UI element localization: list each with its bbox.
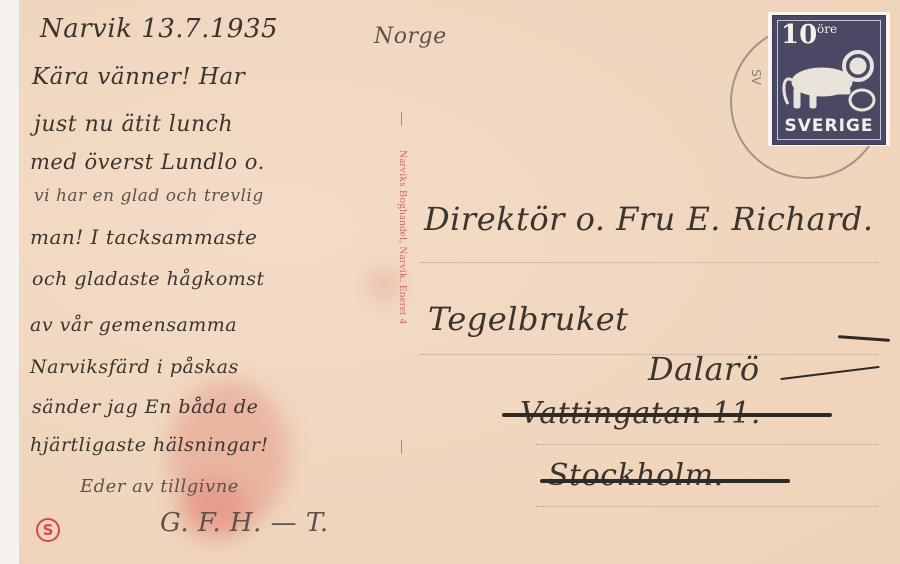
message-line: hjärtligaste hälsningar! [30, 434, 269, 456]
message-line: med överst Lundlo o. [30, 150, 265, 174]
message-line: Narviksfärd i påskas [30, 356, 239, 378]
message-closing: Eder av tillgivne [80, 476, 239, 497]
stamp-country: SVERIGE [773, 116, 885, 136]
message-line: Kära vänner! Har [32, 64, 245, 90]
publisher-imprint-text: Narviks Boghandel, Narvik. Eneret 4 [397, 150, 409, 324]
lion-icon [778, 44, 882, 116]
address-struck-city: Stockholm. [548, 458, 724, 493]
divider-tick-top [401, 112, 402, 126]
strikethrough-line [502, 413, 832, 417]
address-rule-4 [536, 506, 878, 507]
address-line-tegelbruket: Tegelbruket [428, 300, 629, 338]
address-recipient: Direktör o. Fru E. Richard. [424, 200, 874, 238]
publisher-logo-icon: S [36, 518, 60, 542]
postage-stamp: 10 öre SVERIGE [768, 12, 890, 146]
address-rule-3 [536, 444, 878, 445]
message-line: just nu ätit lunch [34, 112, 233, 137]
divider-tick-bottom [401, 440, 402, 454]
message-line: och gladaste hågkomst [32, 268, 265, 290]
address-rule-1 [420, 262, 878, 263]
publisher-imprint: Narviks Boghandel, Narvik. Eneret 4 [393, 150, 413, 440]
message-line: vi har en glad och trevlig [34, 186, 264, 206]
message-line: man! I tacksammaste [30, 225, 257, 249]
stamp-unit: öre [817, 22, 837, 36]
annotation-norge: Norge [374, 24, 447, 49]
strikethrough-line [540, 479, 790, 483]
message-line: av vår gemensamma [30, 314, 237, 336]
message-line: sänder jag En båda de [32, 396, 258, 418]
message-date: Narvik 13.7.1935 [40, 14, 278, 44]
postmark-text: SV [749, 69, 763, 85]
address-line-dalaro: Dalarö [648, 350, 760, 388]
signature: G. F. H. — T. [160, 508, 329, 538]
stamp-face: 10 öre SVERIGE [772, 15, 886, 145]
